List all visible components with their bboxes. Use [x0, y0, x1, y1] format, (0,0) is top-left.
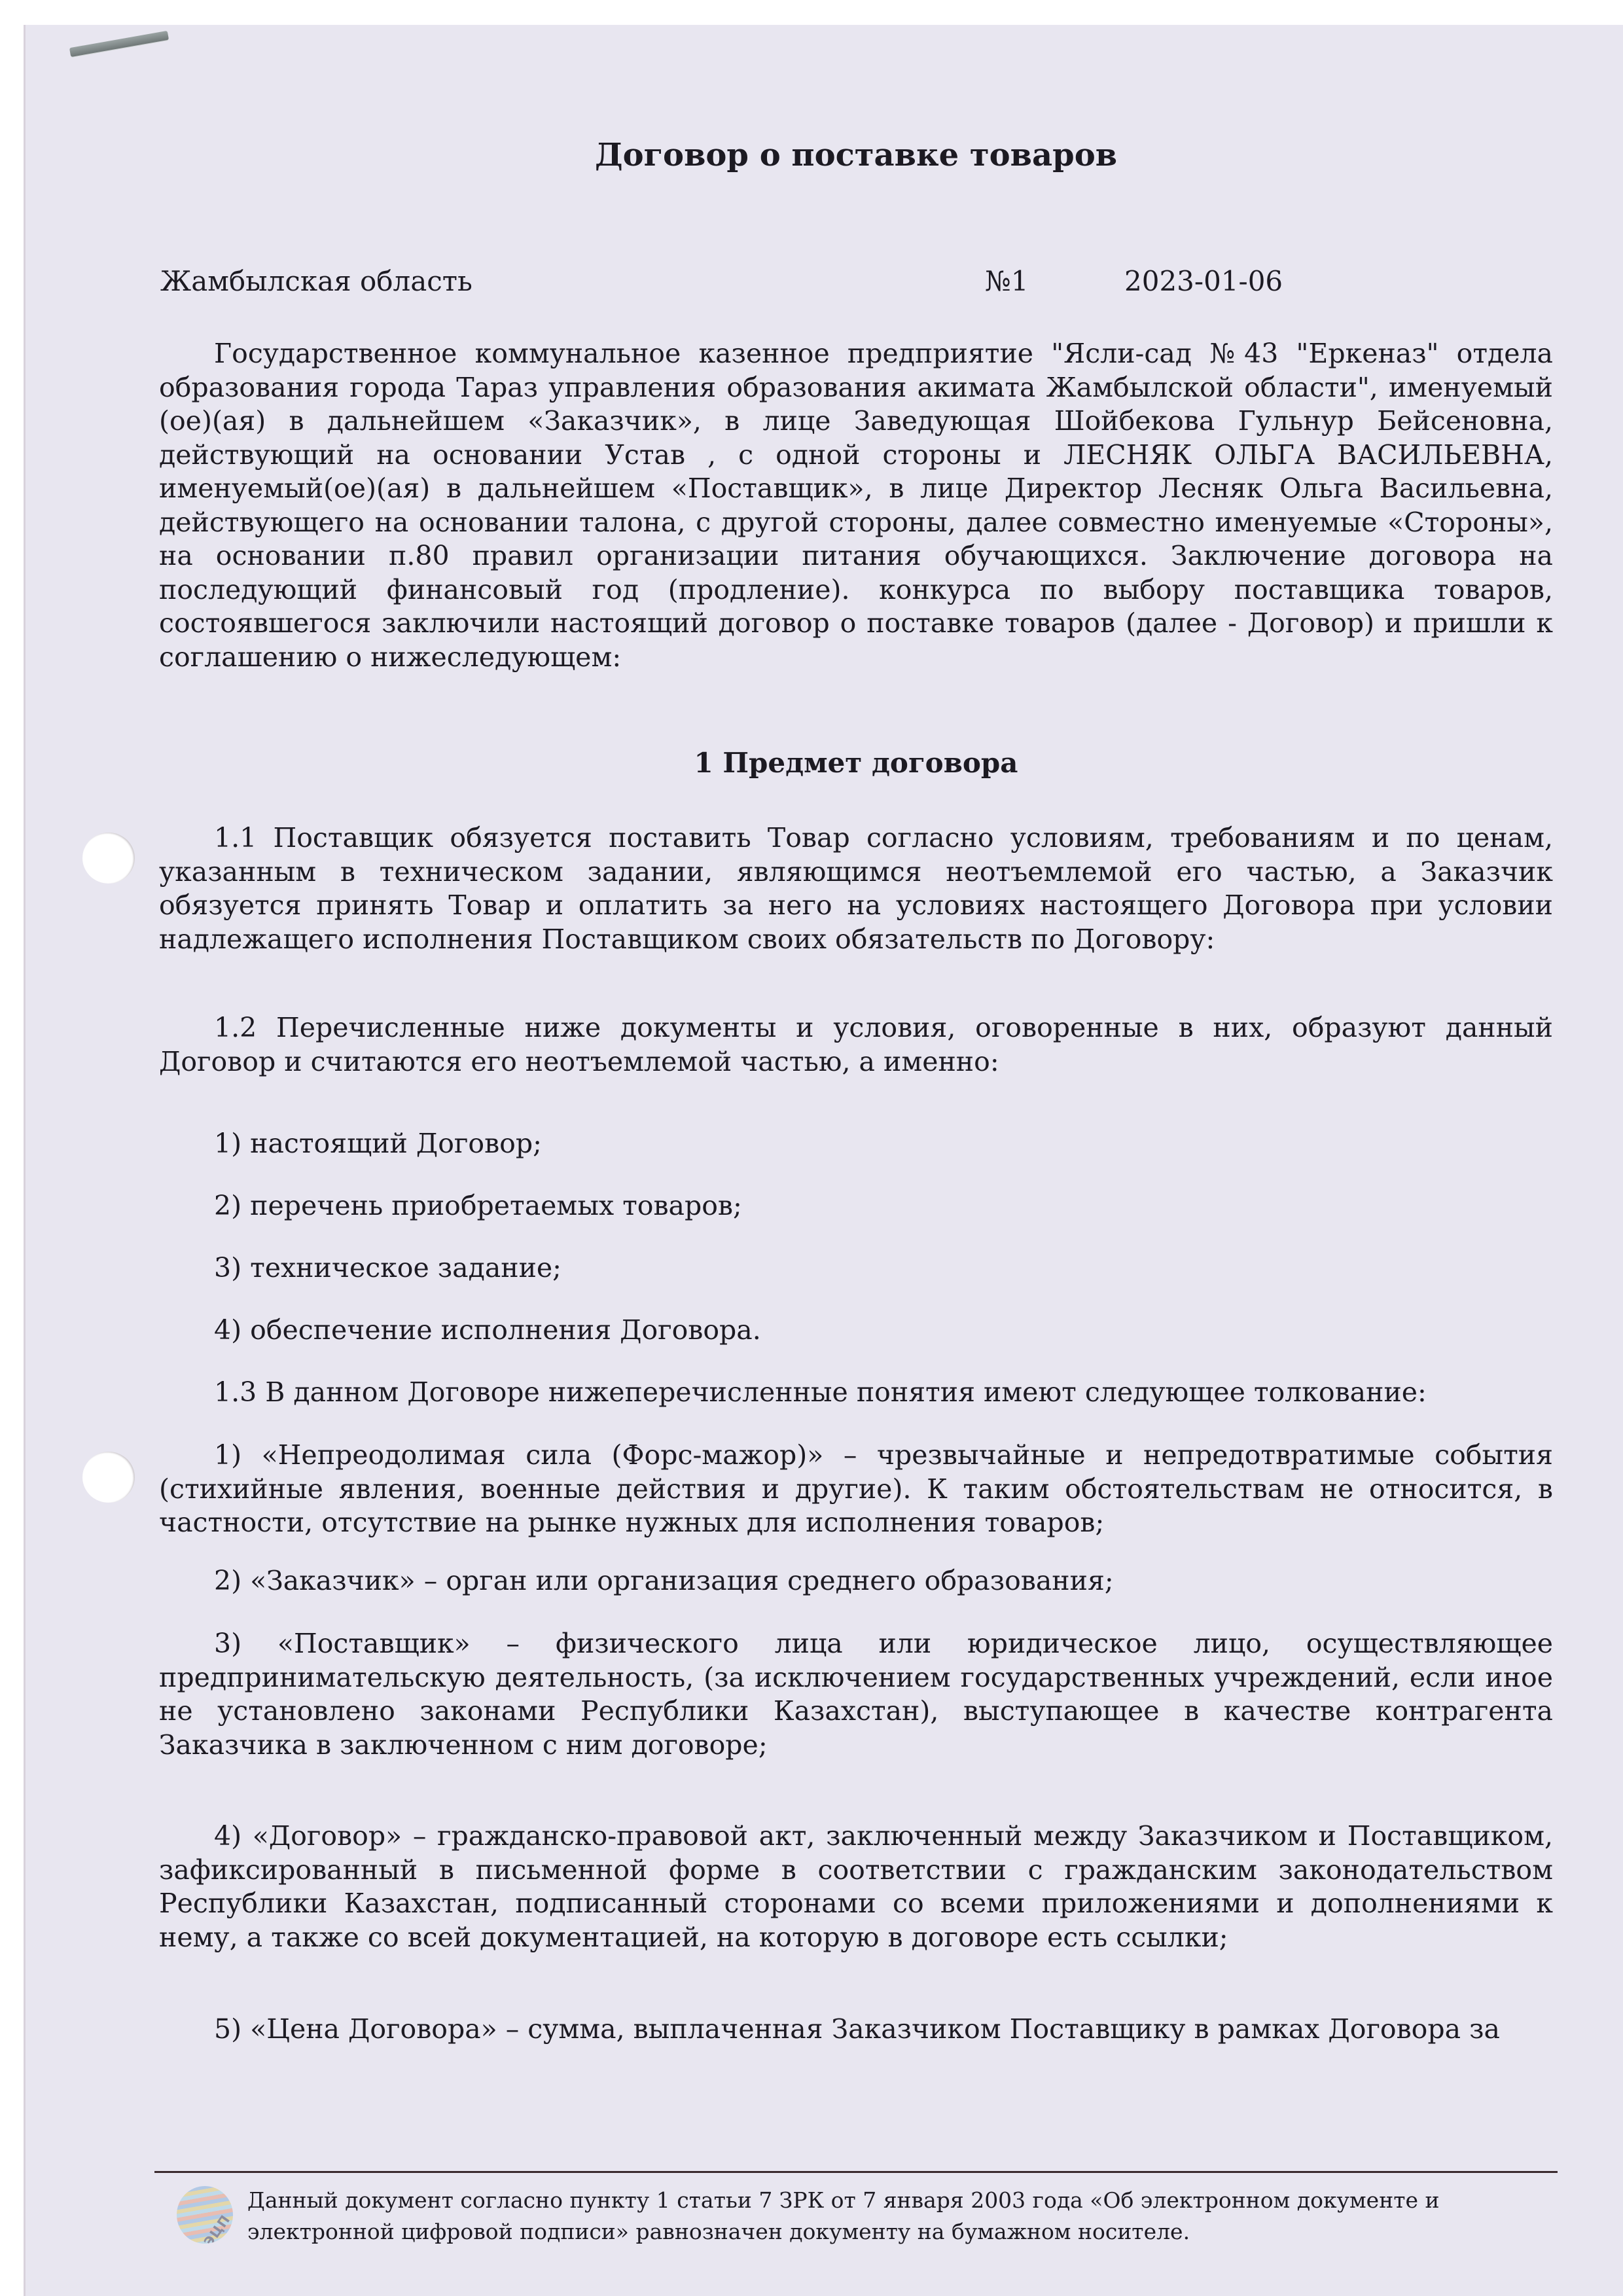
- list-item: 3) техническое задание;: [159, 1251, 1553, 1285]
- definition-text: 3) «Поставщик» – физического лица или юр…: [159, 1627, 1553, 1762]
- seal-glyph: ЭЦП: [200, 2212, 233, 2244]
- eds-footer: ЭЦП Данный документ согласно пункту 1 ст…: [164, 2179, 1551, 2251]
- eds-notice-text: Данный документ согласно пункту 1 статьи…: [247, 2185, 1524, 2248]
- eds-seal-icon: ЭЦП: [177, 2186, 233, 2244]
- contract-header: Жамбылская область №1 2023-01-06: [159, 262, 1553, 301]
- definition-text: 5) «Цена Договора» – сумма, выплаченная …: [159, 2013, 1553, 2047]
- list-item: 1) настоящий Договор;: [159, 1127, 1553, 1161]
- definition-item: 4) «Договор» – гражданско-правовой акт, …: [159, 1820, 1553, 1954]
- list-item: 2) перечень приобретаемых товаров;: [159, 1189, 1553, 1223]
- contract-date: 2023-01-06: [1124, 262, 1283, 301]
- footer-divider: [154, 2171, 1558, 2173]
- clause-text: 1.2 Перечисленные ниже документы и услов…: [159, 1011, 1553, 1079]
- clause-text: 1.1 Поставщик обязуется поставить Товар …: [159, 821, 1553, 956]
- definition-item: 5) «Цена Договора» – сумма, выплаченная …: [159, 2013, 1553, 2047]
- clause-text: 1.3 В данном Договоре нижеперечисленные …: [159, 1376, 1553, 1410]
- definition-text: 4) «Договор» – гражданско-правовой акт, …: [159, 1820, 1553, 1954]
- list-item: 4) обеспечение исполнения Договора.: [159, 1314, 1553, 1348]
- list-item-text: 4) обеспечение исполнения Договора.: [159, 1314, 1553, 1348]
- clause-1-3: 1.3 В данном Договоре нижеперечисленные …: [159, 1376, 1553, 1410]
- definition-item: 1) «Непреодолимая сила (Форс-мажор)» – ч…: [159, 1439, 1553, 1540]
- list-item-text: 1) настоящий Договор;: [159, 1127, 1553, 1161]
- punch-hole-top: [82, 833, 135, 884]
- contract-location: Жамбылская область: [160, 262, 473, 301]
- definition-text: 2) «Заказчик» – орган или организация ср…: [159, 1564, 1553, 1598]
- document-title: Договор о поставке товаров: [159, 135, 1553, 175]
- contract-number: №1: [985, 262, 1028, 301]
- definition-item: 2) «Заказчик» – орган или организация ср…: [159, 1564, 1553, 1598]
- list-item-text: 3) техническое задание;: [159, 1251, 1553, 1285]
- preamble: Государственное коммунальное казенное пр…: [159, 337, 1553, 674]
- definition-text: 1) «Непреодолимая сила (Форс-мажор)» – ч…: [159, 1439, 1553, 1540]
- clause-1-2: 1.2 Перечисленные ниже документы и услов…: [159, 1011, 1553, 1079]
- section-heading: 1 Предмет договора: [159, 744, 1553, 783]
- list-item-text: 2) перечень приобретаемых товаров;: [159, 1189, 1553, 1223]
- preamble-text: Государственное коммунальное казенное пр…: [159, 337, 1553, 674]
- definition-item: 3) «Поставщик» – физического лица или юр…: [159, 1627, 1553, 1762]
- clause-1-1: 1.1 Поставщик обязуется поставить Товар …: [159, 821, 1553, 956]
- punch-hole-bottom: [82, 1452, 135, 1503]
